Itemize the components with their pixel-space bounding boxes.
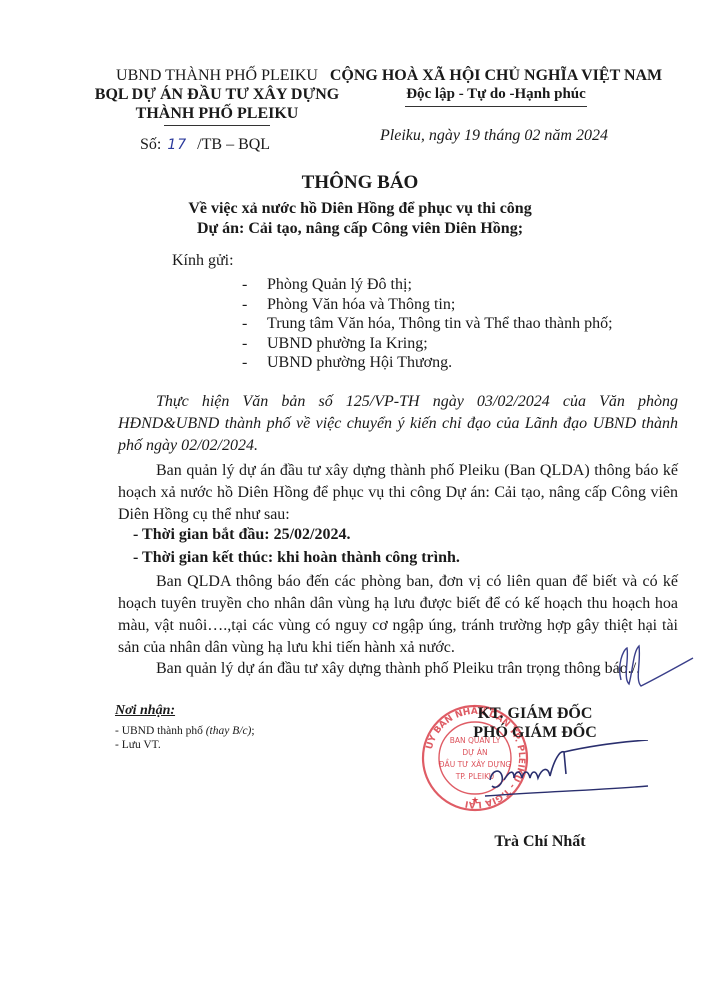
recipient-item: -Phòng Quản lý Đô thị; <box>242 275 613 295</box>
recipient-item: -UBND phường Ia Kring; <box>242 334 613 354</box>
recipient-item: -UBND phường Hội Thương. <box>242 353 613 373</box>
recipient-list: -Phòng Quản lý Đô thị; -Phòng Văn hóa và… <box>242 275 613 373</box>
motto-underline <box>405 106 587 107</box>
cc-list: - UBND thành phố (thay B/c); - Lưu VT. <box>115 724 255 752</box>
doc-number-handwritten: 17 <box>167 137 187 153</box>
place-date: Pleiku, ngày 19 tháng 02 năm 2024 <box>380 127 608 145</box>
cc-item: - Lưu VT. <box>115 738 255 752</box>
initials-mark-icon <box>615 640 695 695</box>
recipient-item: -Phòng Văn hóa và Thông tin; <box>242 295 613 315</box>
agency-parent: UBND THÀNH PHỐ PLEIKU <box>92 66 342 85</box>
recipient-item: -Trung tâm Văn hóa, Thông tin và Thể tha… <box>242 314 613 334</box>
body-paragraph-reference: Thực hiện Văn bản số 125/VP-TH ngày 03/0… <box>118 391 678 457</box>
doc-number-prefix: Số: <box>140 136 161 153</box>
cc-item: - UBND thành phố (thay B/c); <box>115 724 255 738</box>
document-subject: Về việc xả nước hồ Diên Hồng để phục vụ … <box>0 199 720 239</box>
salutation: Kính gửi: <box>172 252 234 270</box>
agency-city: THÀNH PHỐ PLEIKU <box>92 104 342 123</box>
recipients-label: Nơi nhận: <box>115 703 175 719</box>
body-paragraph-plan: Ban quản lý dự án đầu tư xây dựng thành … <box>118 460 678 526</box>
signatory-line-1: KT. GIÁM ĐỐC <box>440 704 630 723</box>
subject-line-2: Dự án: Cải tạo, nâng cấp Công viên Diên … <box>0 219 720 239</box>
body-paragraph-notice: Ban QLDA thông báo đến các phòng ban, đơ… <box>118 571 678 659</box>
document-number: Số: 17 /TB – BQL <box>140 136 270 154</box>
signatory-title: KT. GIÁM ĐỐC PHÓ GIÁM ĐỐC <box>440 704 630 742</box>
handwritten-signature-icon <box>480 740 650 800</box>
issuing-agency-header: UBND THÀNH PHỐ PLEIKU BQL DỰ ÁN ĐẦU TƯ X… <box>92 66 342 126</box>
national-header: CỘNG HOÀ XÃ HỘI CHỦ NGHĨA VIỆT NAM Độc l… <box>326 66 666 107</box>
start-time: - Thời gian bắt đầu: 25/02/2024. <box>133 526 351 544</box>
subject-line-1: Về việc xả nước hồ Diên Hồng để phục vụ … <box>0 199 720 219</box>
document-title: THÔNG BÁO <box>0 172 720 194</box>
national-name: CỘNG HOÀ XÃ HỘI CHỦ NGHĨA VIỆT NAM <box>326 66 666 85</box>
signatory-name: Trà Chí Nhất <box>470 833 610 851</box>
end-time: - Thời gian kết thúc: khi hoàn thành côn… <box>133 549 460 567</box>
agency-name: BQL DỰ ÁN ĐẦU TƯ XÂY DỰNG <box>92 85 342 104</box>
agency-underline <box>164 125 270 126</box>
body-paragraph-closing: Ban quản lý dự án đầu tư xây dựng thành … <box>118 658 678 680</box>
national-motto: Độc lập - Tự do -Hạnh phúc <box>326 85 666 104</box>
doc-number-suffix: /TB – BQL <box>197 136 270 153</box>
svg-text:★: ★ <box>471 795 479 805</box>
